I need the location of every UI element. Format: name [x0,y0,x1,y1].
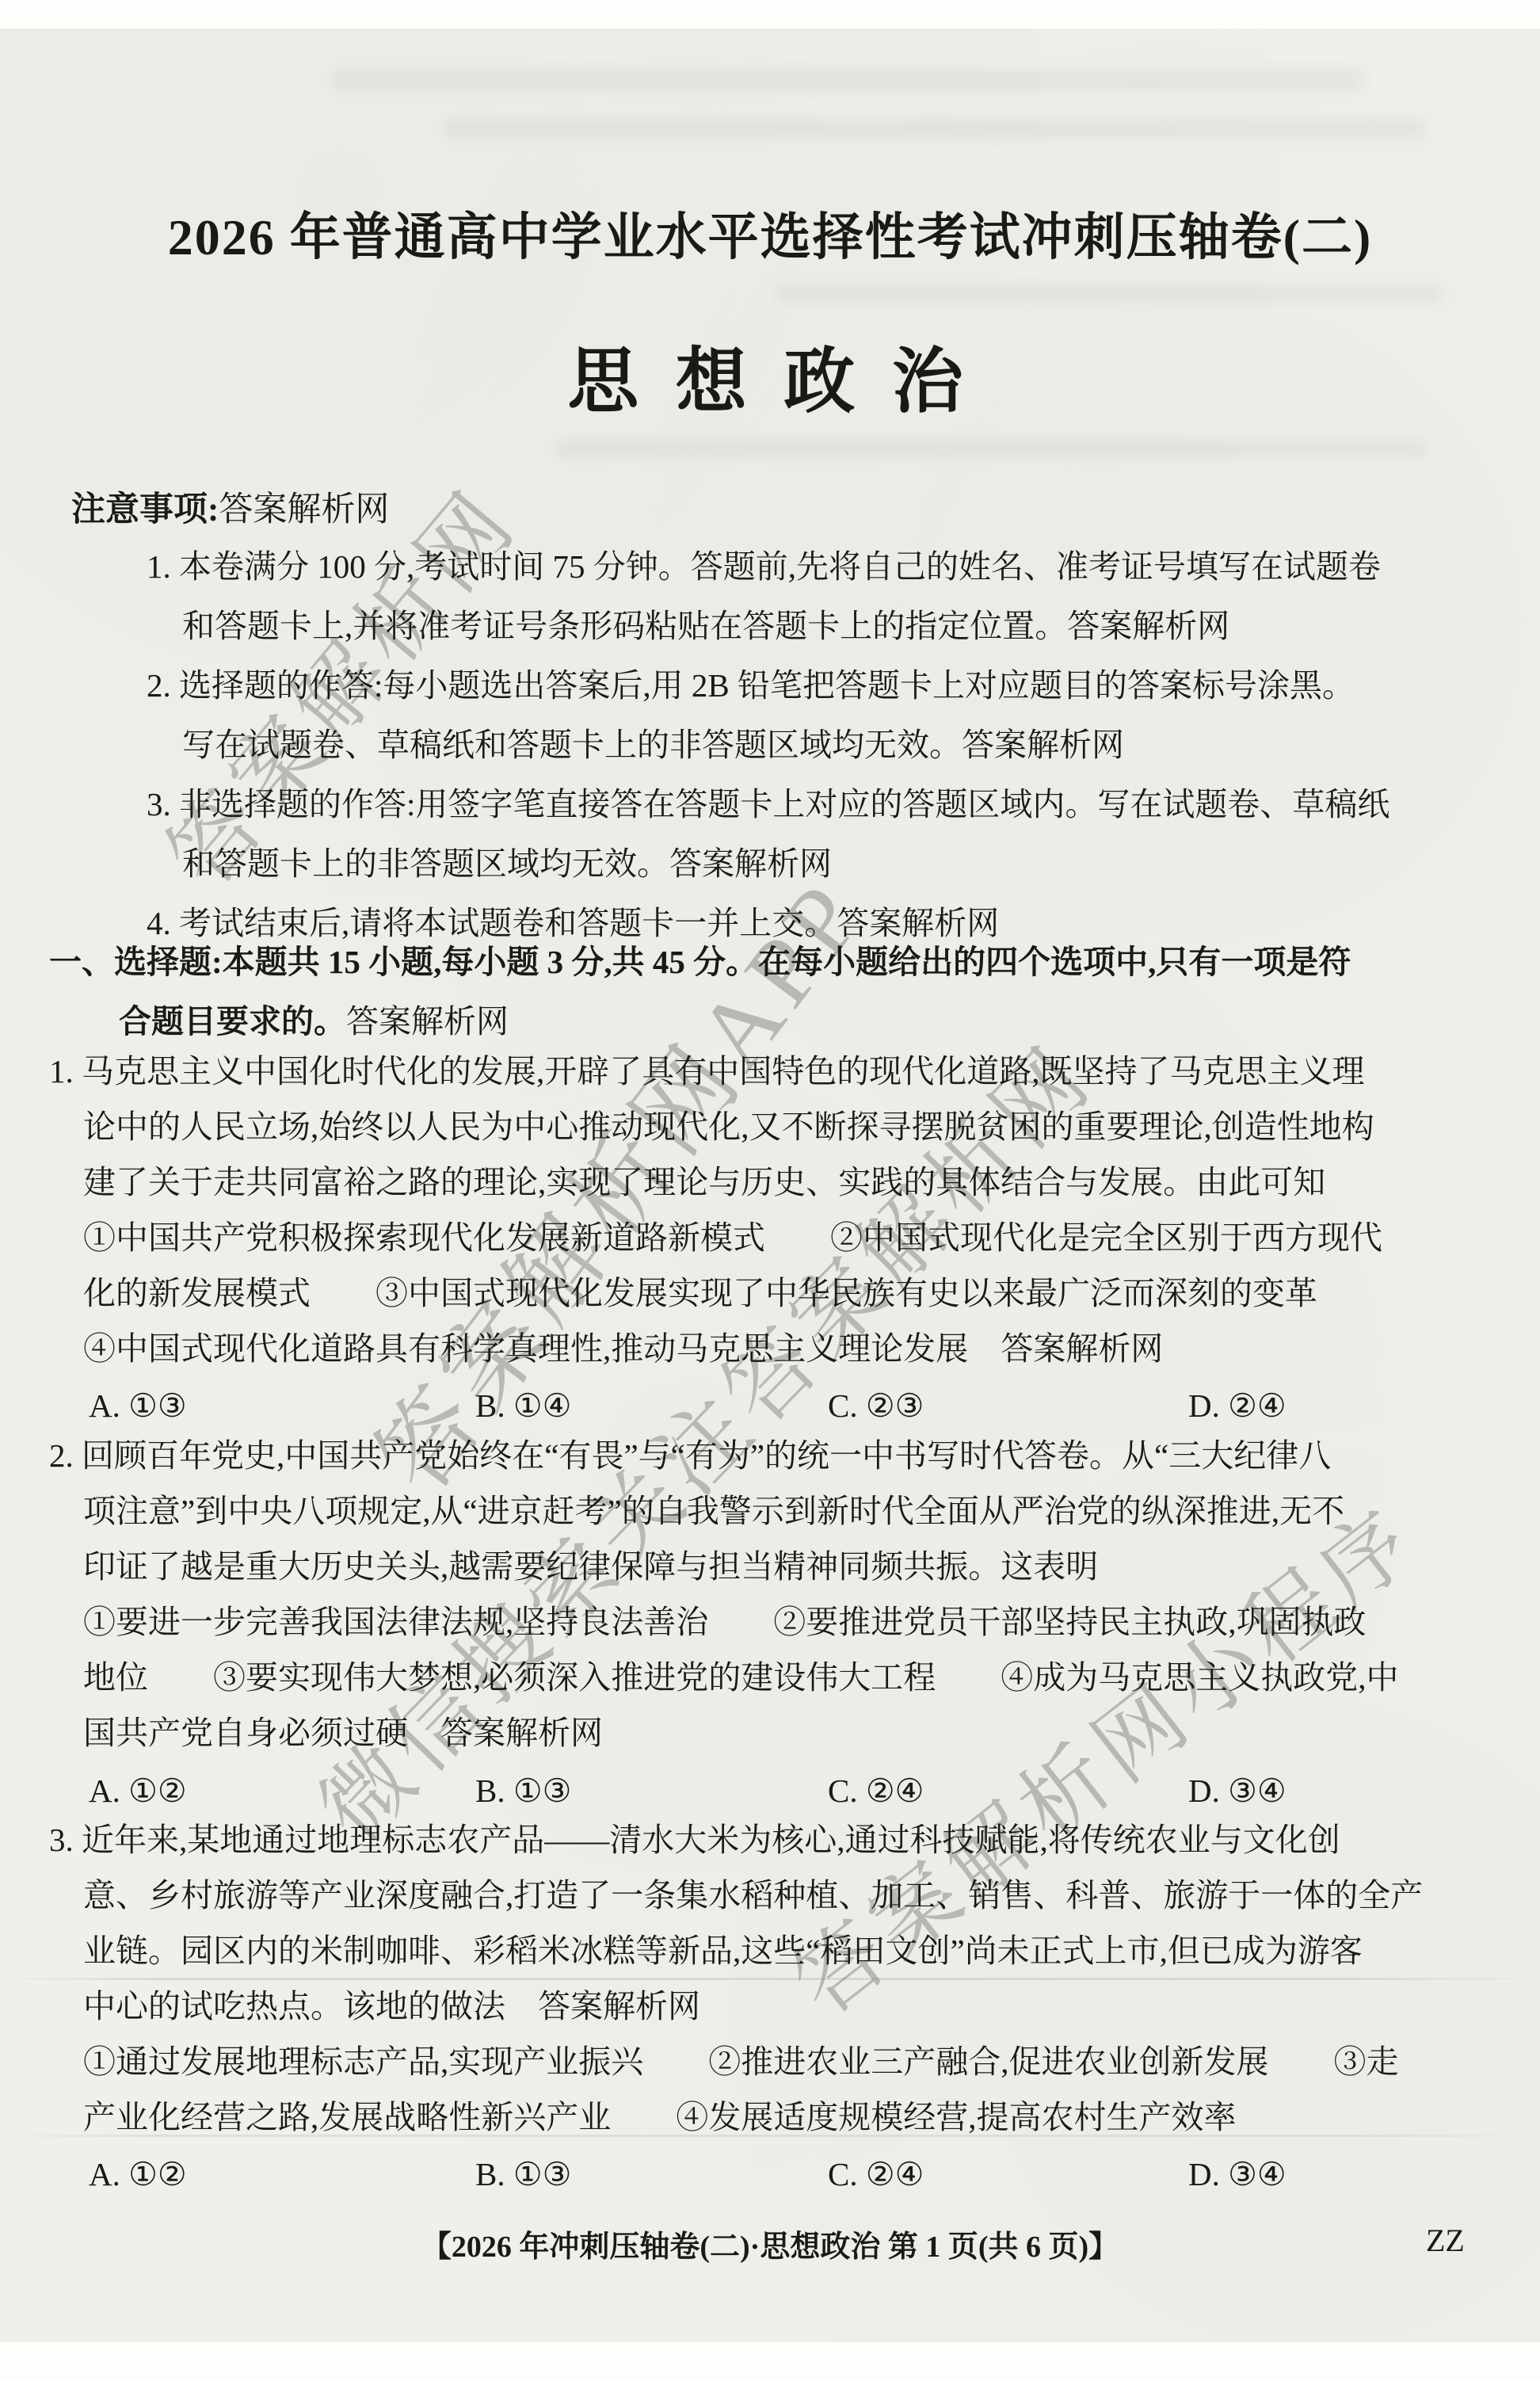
bleed-artifact [333,70,1363,90]
notice-item4-line1: 4. 考试结束后,请将本试题卷和答题卡一并上交。答案解析网 [147,906,999,942]
q1-line2: 论中的人民立场,始终以人民为中心推动现代化,又不断探寻摆脱贫困的重要理论,创造性… [83,1109,1374,1146]
notice-heading: 注意事项: [71,491,219,528]
q3-option-d: D. ③④ [1188,2157,1287,2193]
q2-line4: ①要进一步完善我国法律法规,坚持良法善治 ②要推进党员干部坚持民主执政,巩固执政 [83,1605,1367,1641]
q2-option-c: C. ②④ [828,1773,924,1810]
q2-line2: 项注意”到中央八项规定,从“进京赶考”的自我警示到新时代全面从严治党的纵深推进,… [83,1494,1344,1530]
notice-item3-line2: 和答题卡上的非答题区域均无效。答案解析网 [182,846,832,883]
q3-option-b: B. ①③ [475,2157,571,2193]
footer-part2: 第 1 页(共 6 页)】 [880,2230,1119,2264]
q1-option-d: D. ②④ [1188,1388,1287,1425]
q3-line3: 业链。园区内的米制咖啡、彩稻米冰糕等新品,这些“稻田文创”尚未正式上市,但已成为… [83,1933,1363,1970]
q3-line4: 中心的试吃热点。该地的做法 答案解析网 [83,1989,700,2025]
scan-artifact-line [0,2135,1540,2137]
q3-option-c: C. ②④ [828,2157,924,2193]
notice-item1-line2: 和答题卡上,并将准考证号条形码粘贴在答题卡上的指定位置。答案解析网 [182,609,1229,645]
section-heading-line2: 合题目要求的。答案解析网 [119,1004,509,1040]
q3-option-a: A. ①② [89,2157,187,2193]
exam-title: 2026 年普通高中学业水平选择性考试冲刺压轴卷(二) [0,197,1540,269]
footer-part1: 【2026 年冲刺压轴卷(二)· [421,2230,760,2264]
bleed-artifact [444,119,1426,138]
q1-line4: ①中国共产党积极探索现代化发展新道路新模式 ②中国式现代化是完全区别于西方现代 [83,1220,1382,1257]
footer-subject: 思想政治 [760,2230,880,2264]
q3-line2: 意、乡村旅游等产业深度融合,打造了一条集水稻种植、加工、销售、科普、旅游于一体的… [83,1878,1423,1914]
scan-white-strip-top [0,0,1540,29]
q1-line1: 1. 马克思主义中国化时代化的发展,开辟了具有中国特色的现代化道路,既坚持了马克… [49,1054,1365,1090]
q2-line3: 印证了越是重大历史关头,越需要纪律保障与担当精神同频共振。这表明 [83,1549,1098,1585]
q3-line6: 产业化经营之路,发展战略性新兴产业 ④发展适度规模经营,提高农村生产效率 [83,2100,1237,2136]
footer-text: 【2026 年冲刺压轴卷(二)·思想政治 第 1 页(共 6 页)】 [0,2222,1540,2265]
q2-line5: 地位 ③要实现伟大梦想,必须深入推进党的建设伟大工程 ④成为马克思主义执政党,中 [83,1660,1399,1696]
section-heading-line1: 一、选择题:本题共 15 小题,每小题 3 分,共 45 分。在每小题给出的四个… [49,944,1351,981]
notice-heading-ad: 答案解析网 [219,491,389,528]
page-code: ZZ [1426,2223,1465,2259]
q2-line6: 国共产党自身必须过硬 答案解析网 [83,1715,603,1752]
q1-option-b: B. ①④ [475,1388,571,1425]
q1-line5: 化的新发展模式 ③中国式现代化发展实现了中华民族有史以来最广泛而深刻的变革 [83,1276,1317,1312]
section-heading-line2-text: 合题目要求的。 [119,1003,346,1040]
notice-item3-line1: 3. 非选择题的作答:用签字笔直接答在答题卡上对应的答题区域内。写在试题卷、草稿… [147,787,1389,823]
section-heading-line2-ad: 答案解析网 [346,1003,509,1040]
q3-line1: 3. 近年来,某地通过地理标志农产品——清水大米为核心,通过科技赋能,将传统农业… [49,1822,1340,1859]
notice-heading-line: 注意事项:答案解析网 [71,491,389,529]
q2-option-b: B. ①③ [475,1773,571,1810]
notice-item1-line1: 1. 本卷满分 100 分,考试时间 75 分钟。答题前,先将自己的姓名、准考证… [147,549,1381,586]
q3-line5: ①通过发展地理标志产品,实现产业振兴 ②推进农业三产融合,促进农业创新发展 ③走 [83,2044,1399,2081]
bleed-artifact [776,285,1442,303]
scan-artifact-line [0,1978,1540,1980]
scan-white-strip-bottom [0,2342,1540,2381]
q2-option-a: A. ①② [89,1773,187,1810]
exam-paper-page: 答案解析网 答案解析网APP 微信搜索关注答案解析网 答案解析网小程序 2026… [0,0,1540,2381]
bleed-artifact [555,440,1426,457]
notice-item2-line2: 写在试题卷、草稿纸和答题卡上的非答题区域均无效。答案解析网 [182,727,1124,764]
q1-option-c: C. ②③ [828,1388,924,1425]
subject-title: 思 想 政 治 [0,323,1540,426]
q1-line6: ④中国式现代化道路具有科学真理性,推动马克思主义理论发展 答案解析网 [83,1331,1163,1368]
q1-option-a: A. ①③ [89,1388,187,1425]
q1-line3: 建了关于走共同富裕之路的理论,实现了理论与历史、实践的具体结合与发展。由此可知 [83,1165,1325,1201]
q2-option-d: D. ③④ [1188,1773,1287,1810]
notice-item2-line1: 2. 选择题的作答:每小题选出答案后,用 2B 铅笔把答题卡上对应题目的答案标号… [147,668,1355,704]
q2-line1: 2. 回顾百年党史,中国共产党始终在“有畏”与“有为”的统一中书写时代答卷。从“… [49,1438,1331,1475]
